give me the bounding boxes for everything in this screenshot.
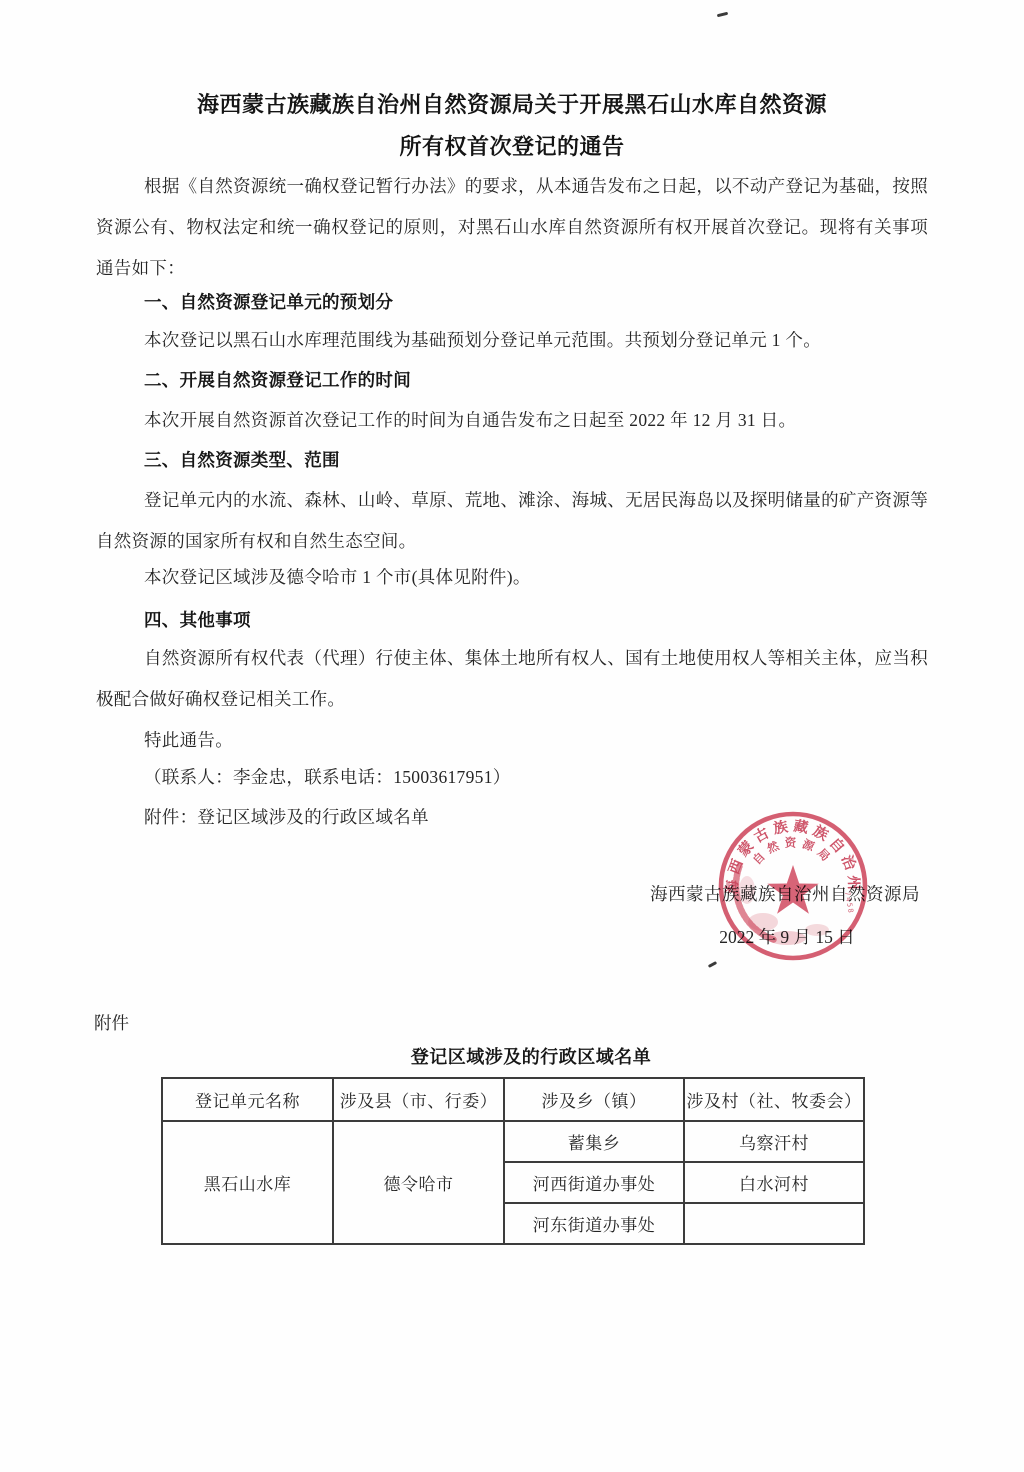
document-title-line2: 所有权首次登记的通告 [0,130,1024,164]
header-unit-name: 登记单元名称 [162,1078,333,1121]
seal-ink-blotch [739,876,755,904]
table-row: 黑石山水库 德令哈市 蓄集乡 乌察汗村 [162,1121,864,1162]
seal-star-icon [767,865,818,914]
table-header-row: 登记单元名称 涉及县（市、行委） 涉及乡（镇） 涉及村（社、牧委会） [162,1078,864,1121]
section-4-heading: 四、其他事项 [96,600,976,641]
seal-ink-blotch [768,931,806,945]
intro-paragraph: 根据《自然资源统一确权登记暂行办法》的要求，从本通告发布之日起，以不动产登记为基… [96,166,928,289]
document-title-line1: 海西蒙古族藏族自治州自然资源局关于开展黑石山水库自然资源 [0,88,1024,122]
cell-town: 蓄集乡 [504,1121,684,1162]
cell-unit-name: 黑石山水库 [162,1121,333,1244]
section-2-body: 本次开展自然资源首次登记工作的时间为自通告发布之日起至 2022 年 12 月 … [96,400,928,441]
section-1-body: 本次登记以黑石山水库理范围线为基础预划分登记单元范围。共预划分登记单元 1 个。 [96,320,928,361]
header-county: 涉及县（市、行委） [333,1078,504,1121]
seal-ink-blotch [805,924,829,936]
section-4-body: 自然资源所有权代表（代理）行使主体、集体土地所有权人、国有土地使用权人等相关主体… [96,638,928,720]
attachment-table-title: 登记区域涉及的行政区域名单 [180,1044,882,1070]
document-page: 海西蒙古族藏族自治州自然资源局关于开展黑石山水库自然资源 所有权首次登记的通告 … [0,0,1024,1472]
seal-ink-blotch [748,913,778,931]
cell-town: 河西街道办事处 [504,1162,684,1203]
header-village: 涉及村（社、牧委会） [684,1078,864,1121]
cell-town: 河东街道办事处 [504,1203,684,1244]
contact-line: （联系人：李金忠，联系电话：15003617951） [96,757,928,798]
section-1-heading: 一、自然资源登记单元的预划分 [96,282,976,323]
section-3-body: 登记单元内的水流、森林、山岭、草原、荒地、滩涂、海城、无居民海岛以及探明储量的矿… [96,480,928,562]
closing-line: 特此通告。 [96,720,928,761]
cell-county: 德令哈市 [333,1121,504,1244]
cell-village [684,1203,864,1244]
header-town: 涉及乡（镇） [504,1078,684,1121]
scan-artifact-mark [717,12,728,18]
admin-regions-table: 登记单元名称 涉及县（市、行委） 涉及乡（镇） 涉及村（社、牧委会） 黑石山水库… [161,1077,865,1245]
section-3-heading: 三、自然资源类型、范围 [96,440,976,481]
section-3-body2: 本次登记区域涉及德令哈市 1 个市(具体见附件)。 [96,557,928,598]
section-2-heading: 二、开展自然资源登记工作的时间 [96,360,976,401]
cell-village: 白水河村 [684,1162,864,1203]
official-seal-stamp: 海西蒙古族藏族自治州 自然资源局 7458 [713,806,873,966]
attachment-label: 附件 [94,1003,129,1044]
seal-serial: 7458 [843,891,855,915]
cell-village: 乌察汗村 [684,1121,864,1162]
